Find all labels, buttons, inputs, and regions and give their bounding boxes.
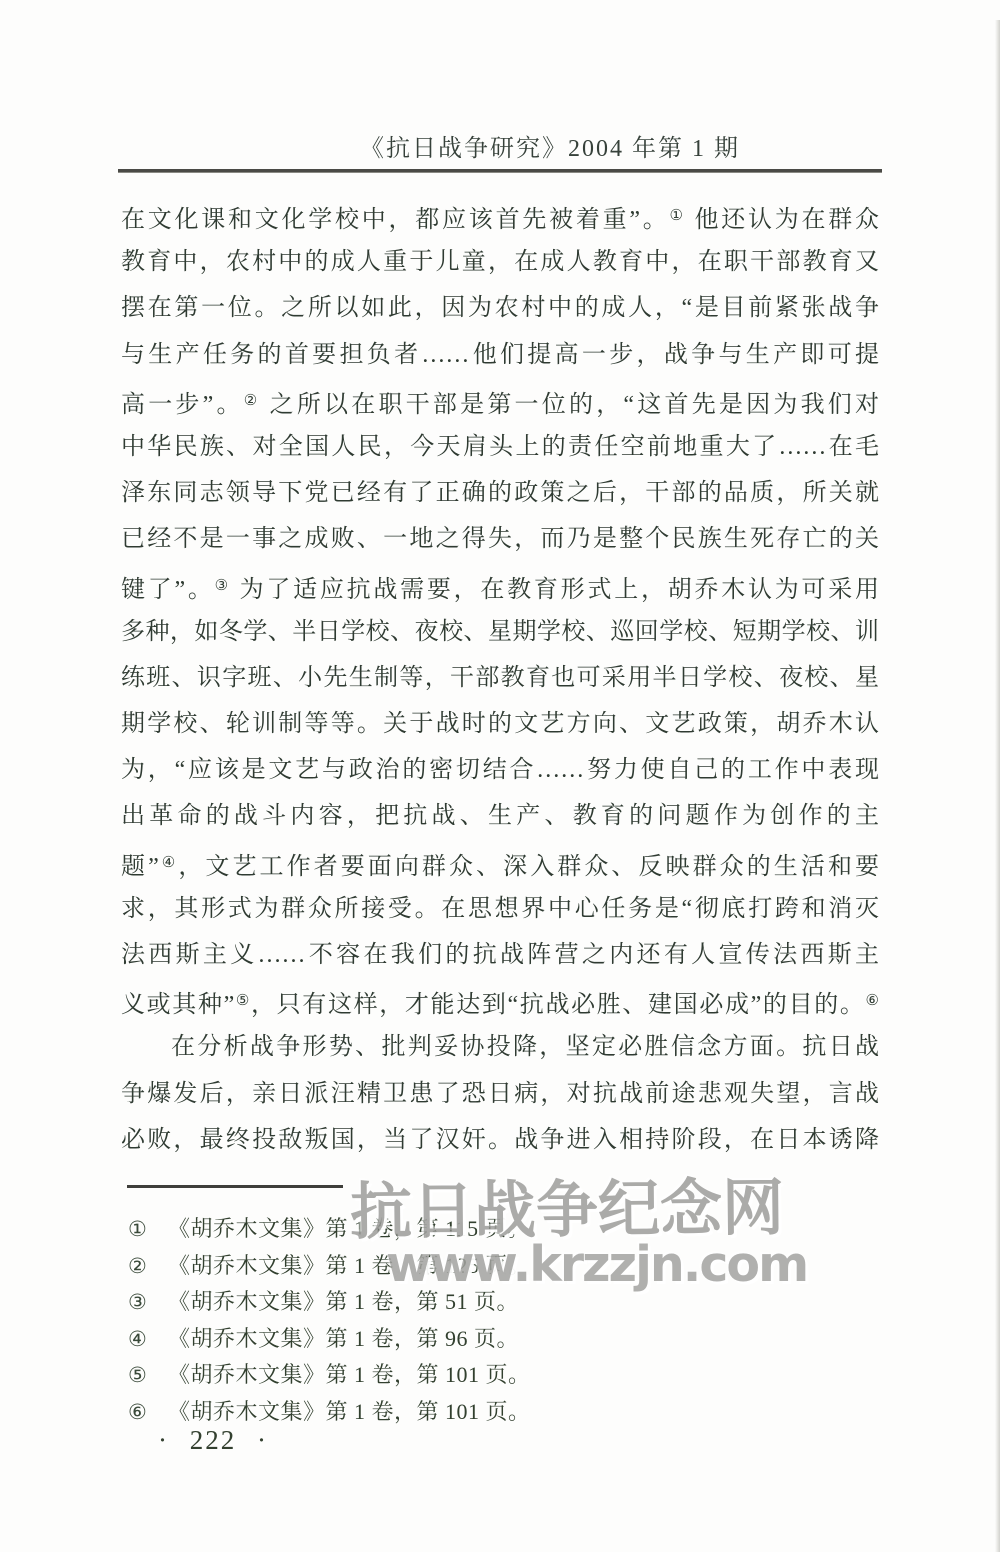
footnote-item: ②《胡乔木文集》第 1 卷，第 125 页。 — [128, 1248, 828, 1285]
body-line: 争爆发后，亲日派汪精卫患了恐日病，对抗战前途悲观失望，言战 — [121, 1071, 879, 1117]
body-line: 教育中，农村中的成人重于儿童，在成人教育中，在职干部教育又 — [121, 239, 879, 285]
footnote-ref: ③ — [215, 578, 231, 594]
footnote-marker: ① — [128, 1211, 168, 1248]
body-line: 期学校、轮训制等等。关于战时的文艺方向、文艺政策，胡乔木认 — [121, 701, 879, 747]
body-line-text: 练班、识字班、小先生制等，干部教育也可采用半日学校、夜校、星 — [121, 665, 879, 691]
footnote-ref: ⑥ — [866, 993, 879, 1009]
body-line-text: ，只有这样，才能达到“抗战必胜、建国必成”的目的。 — [251, 992, 866, 1018]
header-rule — [118, 169, 882, 173]
body-line-text: 为了适应抗战需要，在教育形式上，胡乔木认为可采用 — [231, 577, 879, 603]
footnote-marker: ③ — [128, 1284, 168, 1321]
body-line: 键了”。③ 为了适应抗战需要，在教育形式上，胡乔木认为可采用 — [121, 563, 879, 609]
body-line: 练班、识字班、小先生制等，干部教育也可采用半日学校、夜校、星 — [121, 655, 879, 701]
footnote-text: 《胡乔木文集》第 1 卷，第 125 页。 — [168, 1253, 531, 1278]
footnote-separator — [127, 1185, 343, 1188]
footnote-text: 《胡乔木文集》第 1 卷，第 51 页。 — [168, 1289, 519, 1314]
body-line: 在文化课和文化学校中，都应该首先被着重”。① 他还认为在群众 — [121, 193, 879, 239]
footnote-item: ③《胡乔木文集》第 1 卷，第 51 页。 — [128, 1284, 828, 1321]
body-line-text: 在分析战争形势、批判妥协投降，坚定必胜信念方面。抗日战 — [171, 1034, 879, 1060]
body-line-text: 中华民族、对全国人民，今天肩头上的责任空前地重大了……在毛 — [121, 434, 879, 460]
body-line-text: 之所以在职干部是第一位的，“这首先是因为我们对 — [260, 392, 879, 418]
footnote-item: ⑤《胡乔木文集》第 1 卷，第 101 页。 — [128, 1357, 828, 1394]
body-line: 在分析战争形势、批判妥协投降，坚定必胜信念方面。抗日战 — [121, 1024, 879, 1070]
footnotes: ①《胡乔木文集》第 1 卷，第 115 页。②《胡乔木文集》第 1 卷，第 12… — [128, 1211, 828, 1431]
journal-page: 《抗日战争研究》2004 年第 1 期 在文化课和文化学校中，都应该首先被着重”… — [0, 0, 1000, 1552]
footnote-item: ④《胡乔木文集》第 1 卷，第 96 页。 — [128, 1321, 828, 1358]
footnote-text: 《胡乔木文集》第 1 卷，第 101 页。 — [168, 1362, 531, 1387]
body-line: 泽东同志领导下党已经有了正确的政策之后，干部的品质，所关就 — [121, 470, 879, 516]
body-line-text: 争爆发后，亲日派汪精卫患了恐日病，对抗战前途悲观失望，言战 — [121, 1081, 879, 1107]
body-line-text: 必败，最终投敌叛国，当了汉奸。战争进入相持阶段，在日本诱降 — [121, 1127, 879, 1153]
body-line-text: 期学校、轮训制等等。关于战时的文艺方向、文艺政策，胡乔木认 — [121, 711, 879, 737]
body-line: 题”④，文艺工作者要面向群众、深入群众、反映群众的生活和要 — [121, 840, 879, 886]
body-line: 高一步”。② 之所以在职干部是第一位的，“这首先是因为我们对 — [121, 378, 879, 424]
body-line-text: ，文艺工作者要面向群众、深入群众、反映群众的生活和要 — [178, 854, 879, 880]
body-line-text: 在文化课和文化学校中，都应该首先被着重”。 — [121, 207, 670, 233]
body-line-text: 求，其形式为群众所接受。在思想界中心任务是“彻底打跨和消灭 — [121, 896, 879, 922]
body-line-text: 多种，如冬学、半日学校、夜校、星期学校、巡回学校、短期学校、训 — [121, 619, 879, 645]
body-line-text: 为，“应该是文艺与政治的密切结合……努力使自己的工作中表现 — [121, 757, 879, 783]
footnote-marker: ⑤ — [128, 1357, 168, 1394]
body-line-text: 与生产任务的首要担负者……他们提高一步，战争与生产即可提 — [121, 342, 879, 368]
footnote-ref: ① — [670, 208, 686, 224]
body-line-text: 教育中，农村中的成人重于儿童，在成人教育中，在职干部教育又 — [121, 249, 879, 275]
body-line-text: 键了”。 — [121, 577, 215, 603]
footnote-text: 《胡乔木文集》第 1 卷，第 101 页。 — [168, 1399, 531, 1424]
body-line: 求，其形式为群众所接受。在思想界中心任务是“彻底打跨和消灭 — [121, 886, 879, 932]
footnote-ref: ⑤ — [234, 993, 251, 1009]
body-line: 多种，如冬学、半日学校、夜校、星期学校、巡回学校、短期学校、训 — [121, 609, 879, 655]
footnote-marker: ② — [128, 1248, 168, 1285]
footnote-text: 《胡乔木文集》第 1 卷，第 115 页。 — [168, 1216, 530, 1241]
body-line: 必败，最终投敌叛国，当了汉奸。战争进入相持阶段，在日本诱降 — [121, 1117, 879, 1163]
body-line-text: 泽东同志领导下党已经有了正确的政策之后，干部的品质，所关就 — [121, 480, 879, 506]
journal-header-title: 《抗日战争研究》2004 年第 1 期 — [220, 128, 880, 163]
body-line: 法西斯主义……不容在我们的抗战阵营之内还有人宣传法西斯主 — [121, 932, 879, 978]
body-line: 为，“应该是文艺与政治的密切结合……努力使自己的工作中表现 — [121, 747, 879, 793]
footnote-item: ①《胡乔木文集》第 1 卷，第 115 页。 — [128, 1211, 828, 1248]
body-line: 中华民族、对全国人民，今天肩头上的责任空前地重大了……在毛 — [121, 424, 879, 470]
body-line: 与生产任务的首要担负者……他们提高一步，战争与生产即可提 — [121, 332, 879, 378]
body-line-text: 高一步”。 — [121, 392, 244, 418]
body-line: 摆在第一位。之所以如此，因为农村中的成人，“是目前紧张战争 — [121, 285, 879, 331]
page-number: · 222 · — [158, 1425, 268, 1456]
body-line-text: 题” — [121, 854, 159, 880]
body-line: 出革命的战斗内容，把抗战、生产、教育的问题作为创作的主 — [121, 793, 879, 839]
body-line-text: 他还认为在群众 — [686, 207, 879, 233]
footnote-ref: ④ — [159, 855, 179, 871]
footnote-text: 《胡乔木文集》第 1 卷，第 96 页。 — [168, 1326, 519, 1351]
body-line: 义或其种”⑤，只有这样，才能达到“抗战必胜、建国必成”的目的。⑥ — [121, 978, 879, 1024]
body-line-text: 出革命的战斗内容，把抗战、生产、教育的问题作为创作的主 — [121, 803, 879, 829]
body-line-text: 义或其种” — [121, 992, 234, 1018]
body-text: 在文化课和文化学校中，都应该首先被着重”。① 他还认为在群众教育中，农村中的成人… — [121, 193, 879, 1163]
body-line-text: 已经不是一事之成败、一地之得失，而乃是整个民族生死存亡的关 — [121, 526, 879, 552]
scan-edge-artifact — [995, 20, 1000, 1552]
footnote-marker: ④ — [128, 1321, 168, 1358]
body-line-text: 摆在第一位。之所以如此，因为农村中的成人，“是目前紧张战争 — [121, 295, 879, 321]
footnote-ref: ② — [244, 393, 261, 409]
body-line: 已经不是一事之成败、一地之得失，而乃是整个民族生死存亡的关 — [121, 516, 879, 562]
body-line-text: 法西斯主义……不容在我们的抗战阵营之内还有人宣传法西斯主 — [121, 942, 879, 968]
